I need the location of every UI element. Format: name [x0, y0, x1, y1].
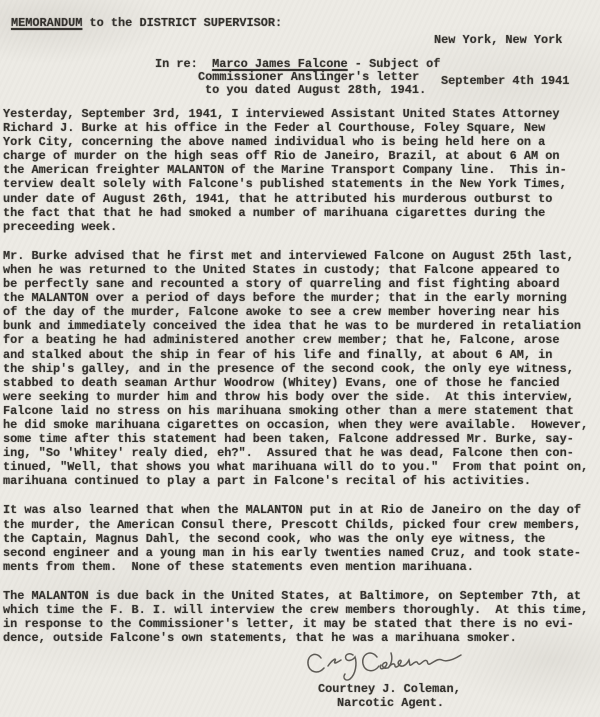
subject-line-1: In re: Marco James Falcone - Subject of: [155, 57, 440, 71]
signature-typed-name: Courtney J. Coleman,: [318, 682, 461, 696]
dateline-date: September 4th 1941: [441, 75, 569, 89]
dateline: New York, New York September 4th 1941: [434, 7, 569, 115]
subject-prefix: In re:: [155, 57, 212, 71]
memo-document: MEMORANDUM to the DISTRICT SUPERVISOR: N…: [0, 0, 600, 717]
dateline-place: New York, New York: [434, 34, 569, 48]
signature-typed-title: Narcotic Agent.: [337, 696, 444, 710]
memo-heading: MEMORANDUM to the DISTRICT SUPERVISOR:: [11, 16, 282, 30]
subject-name-underlined: Marco James Falcone: [212, 57, 348, 71]
paragraph-consul-statements: It was also learned that when the MALANT…: [3, 503, 599, 573]
memo-heading-underlined: MEMORANDUM: [11, 16, 82, 30]
memo-body: Yesterday, September 3rd, 1941, I interv…: [3, 107, 599, 660]
subject-line-2: Commissioner Anslinger's letter: [198, 70, 419, 84]
paragraph-conclusion: The MALANTON is due back in the United S…: [3, 589, 599, 645]
memo-heading-rest: to the DISTRICT SUPERVISOR:: [82, 16, 282, 30]
subject-line-3: to you dated August 28th, 1941.: [205, 83, 426, 97]
paragraph-burke-account: Mr. Burke advised that he first met and …: [3, 249, 599, 489]
subject-line-1-rest: - Subject of: [348, 57, 441, 71]
paragraph-interview: Yesterday, September 3rd, 1941, I interv…: [3, 107, 599, 234]
